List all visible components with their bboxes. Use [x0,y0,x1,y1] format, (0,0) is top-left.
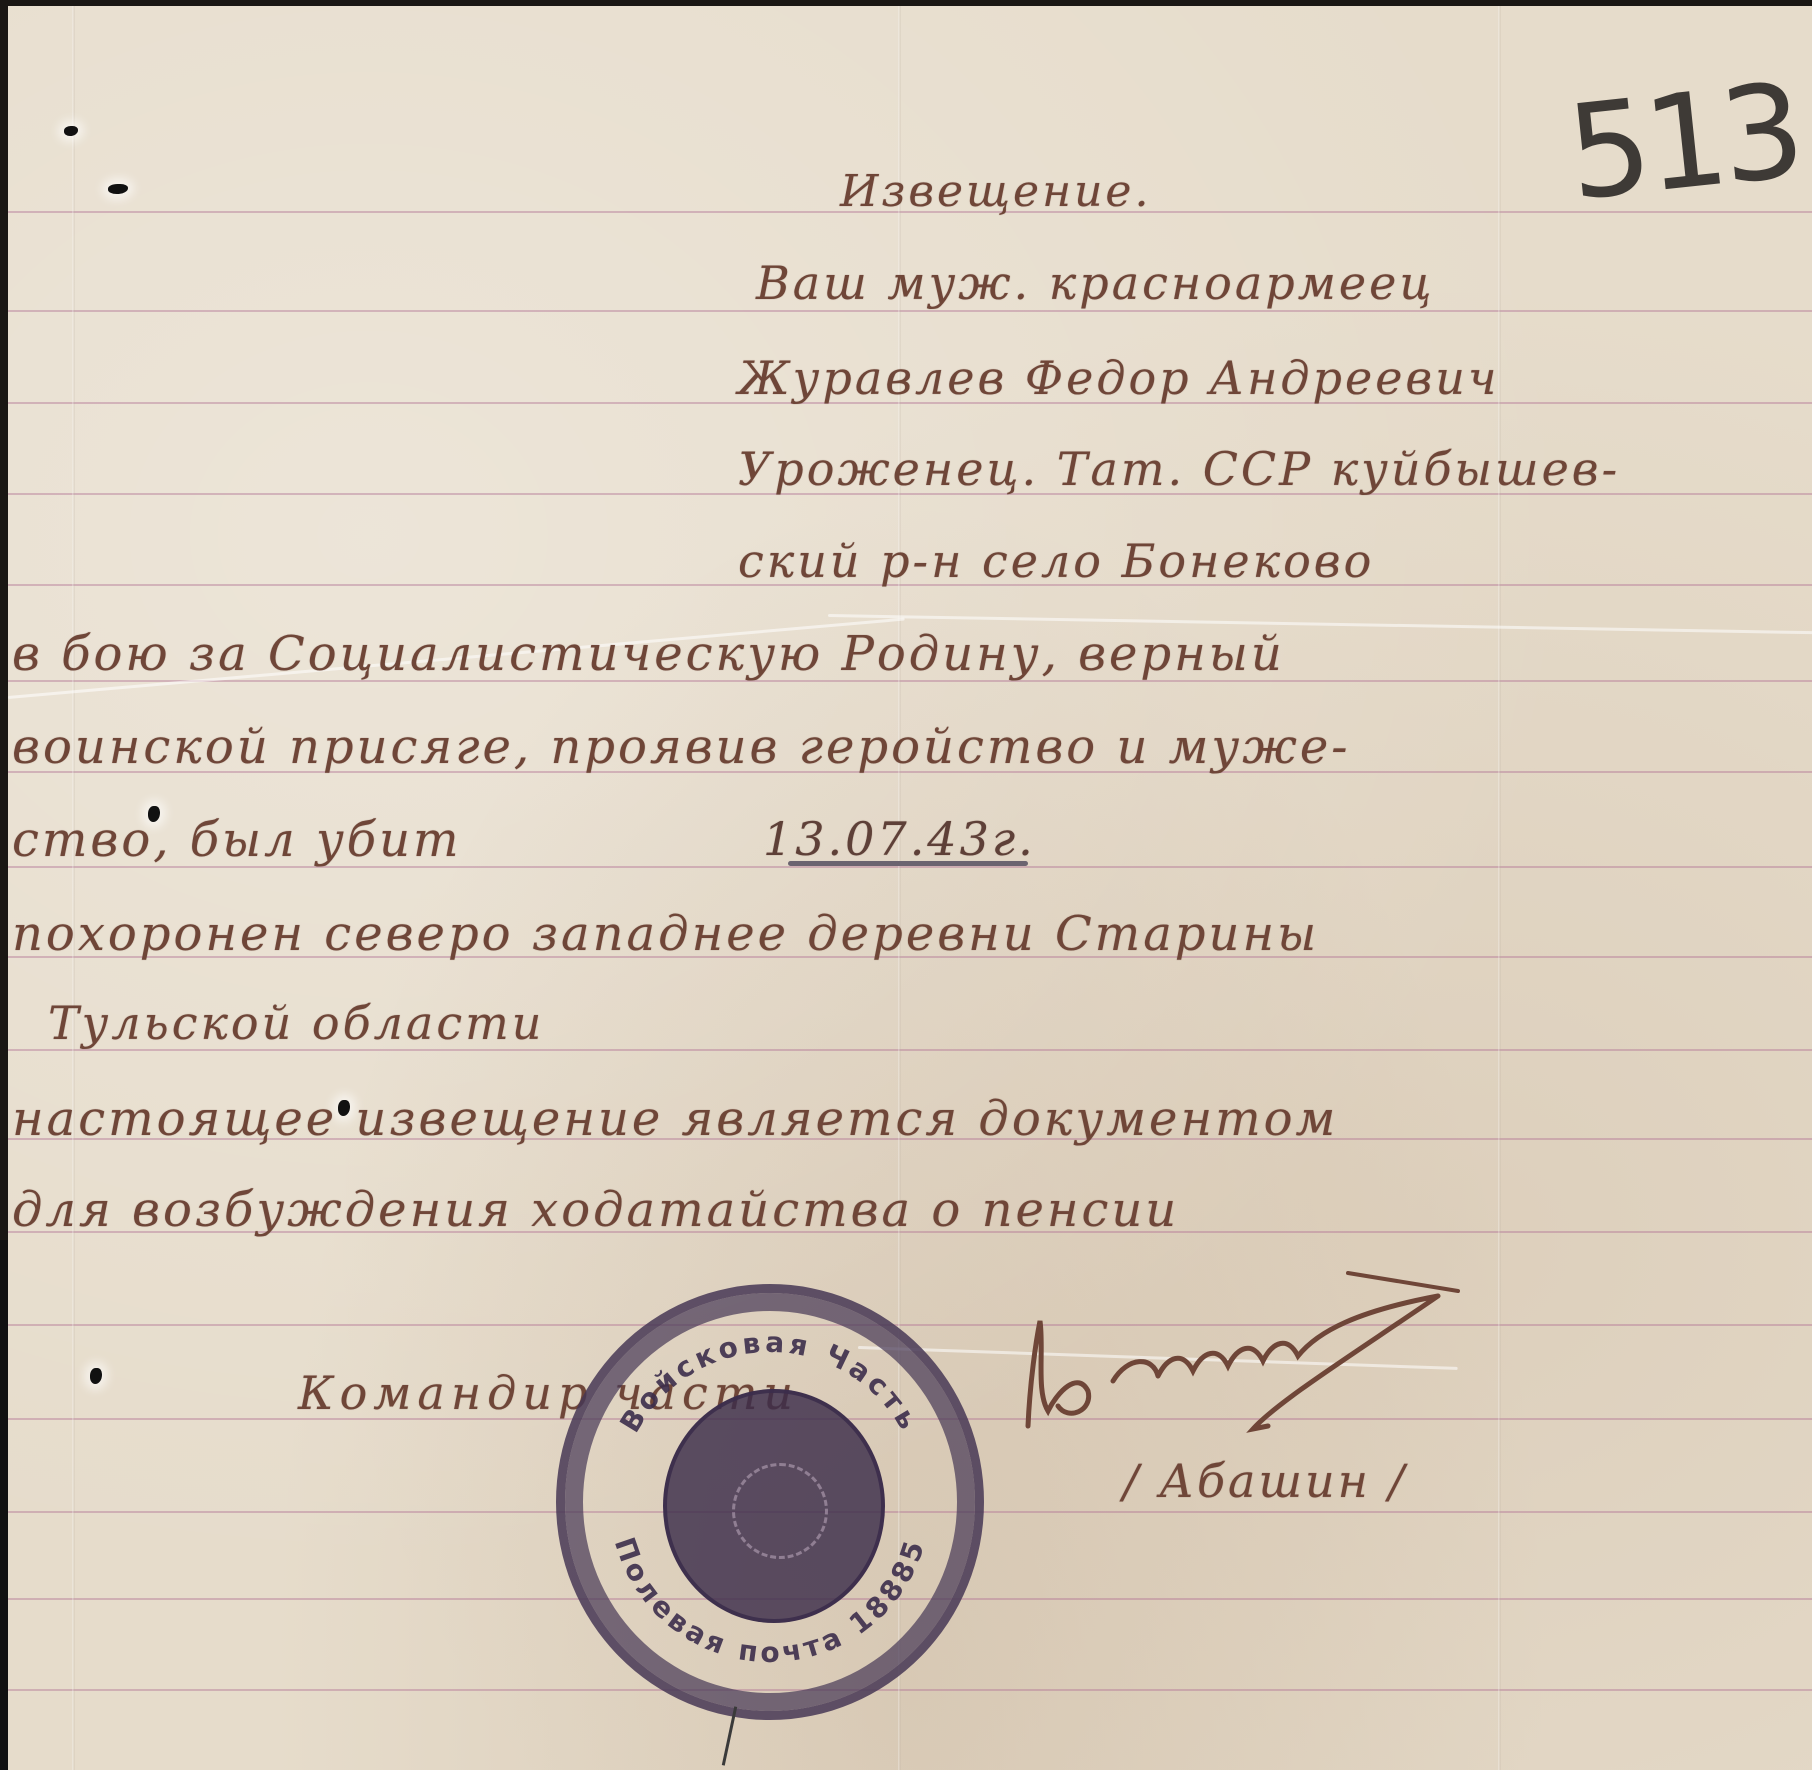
paper-fold [1498,6,1501,1770]
paper-fold [72,6,75,1770]
document-sheet: 513 Извещение. Ваш муж. красноармеец Жур… [8,6,1812,1770]
body-line: Тульской области [48,996,544,1050]
body-line: Журавлев Федор Андреевич [738,351,1499,405]
scan-edge [0,1240,8,1770]
signatory-name: / Абашин / [1123,1454,1407,1508]
document-title: Извещение. [840,166,1151,217]
emblem-globe [732,1463,828,1559]
body-line: Уроженец. Тат. ССР куйбышев- [738,442,1620,496]
punch-hole [64,126,78,136]
signature-mark [1018,1261,1498,1441]
punch-hole [108,184,128,194]
body-line: похоронен северо западнее деревни Старин… [12,906,1319,962]
official-stamp: Войсковая Часть Полевая почта 18885 [556,1284,984,1720]
body-line: ский р-н село Бонеково [738,534,1374,588]
punch-hole [90,1368,102,1384]
ruled-line [8,310,1812,312]
body-line: настоящее извещение является документом [12,1091,1338,1147]
body-line: в бою за Социалистическую Родину, верный [12,626,1285,682]
death-date: 13.07.43г. [763,812,1036,866]
archive-number: 513 [1561,54,1806,229]
date-underline [788,861,1028,866]
body-line: ство, был убит [12,812,462,868]
body-line: воинской присяге, проявив геройство и му… [12,719,1350,775]
body-line: для возбуждения ходатайства о пенсии [12,1182,1179,1238]
body-line: Ваш муж. красноармеец [756,256,1434,310]
coat-of-arms-icon [663,1389,885,1623]
